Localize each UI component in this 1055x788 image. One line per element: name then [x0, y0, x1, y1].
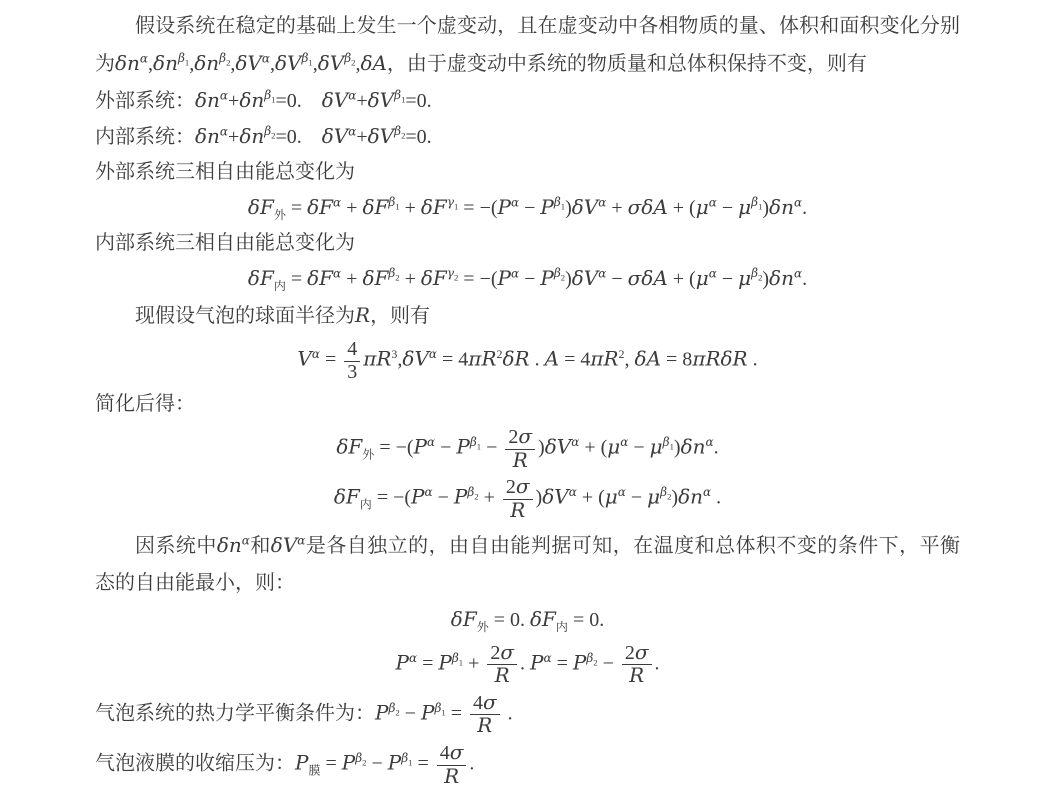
text-run: 外部系统：	[95, 90, 195, 112]
math-variable: μ	[650, 435, 663, 459]
subscript: 2	[593, 657, 597, 667]
math-variable: R	[510, 498, 525, 522]
math-variable: δV	[368, 124, 394, 148]
math-variable: R	[513, 448, 528, 472]
formula-line: δF内 = δFα + δFβ2 + δFγ2 = −(Pα − Pβ2)δVα…	[95, 261, 960, 297]
math-variable: P	[573, 650, 586, 674]
superscript: α	[409, 651, 417, 665]
math-variable: δF	[451, 607, 477, 631]
superscript: β1	[434, 701, 445, 715]
math-variable: P	[414, 435, 427, 459]
fraction-denominator: R	[503, 499, 533, 523]
subscript: 外	[362, 448, 374, 462]
math-variable: P	[421, 700, 434, 724]
math-variable: R	[495, 663, 510, 687]
superscript: β2	[388, 701, 399, 715]
fraction-numerator: 4σ	[437, 742, 467, 765]
math-variable: β	[178, 51, 185, 65]
math-variable: α	[511, 195, 519, 209]
math-variable: R	[629, 663, 644, 687]
superscript: α	[620, 435, 628, 449]
subscript: 外	[274, 208, 286, 222]
subscript: 1	[758, 202, 762, 212]
text-run	[302, 126, 322, 148]
superscript: α	[427, 435, 435, 449]
paragraph: 现假设气泡的球面半径为R，则有	[95, 297, 960, 335]
math-variable: δn	[678, 485, 703, 509]
math-variable: πR	[363, 347, 391, 371]
superscript: α	[333, 266, 341, 280]
superscript: β1	[301, 51, 312, 65]
text-run: 内	[274, 279, 286, 293]
text-run: 气泡系统的热力学平衡条件为：	[95, 702, 375, 724]
paragraph: 因系统中δnα和δVα是各自独立的，由自由能判据可知，在温度和总体积不变的条件下…	[95, 527, 960, 602]
subscript: 1	[459, 657, 463, 667]
subscript: 2	[271, 131, 275, 141]
superscript: β2	[344, 51, 355, 65]
math-variable: α	[312, 347, 320, 361]
math-variable: σ	[500, 640, 514, 664]
subscript: 2	[474, 492, 478, 502]
math-variable: α	[140, 51, 148, 65]
math-variable: β	[470, 435, 477, 449]
math-variable: σ	[635, 640, 649, 664]
math-variable: β	[554, 195, 561, 209]
math-variable: α	[333, 266, 341, 280]
superscript: α	[140, 51, 148, 65]
superscript: β2	[660, 485, 671, 499]
math-variable: β	[663, 435, 670, 449]
math-variable: P	[530, 650, 543, 674]
math-variable: α	[543, 651, 551, 665]
superscript: β1	[663, 435, 674, 449]
subscript: 1	[185, 58, 189, 68]
superscript: β1	[178, 51, 189, 65]
math-variable: α	[709, 195, 717, 209]
math-variable: P	[342, 751, 355, 775]
subscript: 内	[274, 279, 286, 293]
math-variable: α	[598, 266, 606, 280]
math-variable: α	[703, 485, 711, 499]
superscript: β1	[264, 88, 275, 102]
subscript: 1	[441, 707, 445, 717]
formula-line: δF外 = 0. δF内 = 0.	[95, 602, 960, 638]
superscript: α	[706, 435, 714, 449]
fraction: 2σR	[622, 642, 652, 688]
math-variable: δF	[421, 195, 447, 219]
math-variable: α	[348, 124, 356, 138]
math-variable: πR	[468, 347, 496, 371]
math-variable: α	[348, 88, 356, 102]
superscript: β1	[751, 195, 762, 209]
fraction-numerator: 4	[344, 339, 360, 361]
text-run: 外	[274, 208, 286, 222]
math-variable: α	[427, 435, 435, 449]
text-run: 现假设气泡的球面半径为	[135, 305, 355, 327]
math-variable: α	[571, 435, 579, 449]
superscript: γ1	[447, 195, 458, 209]
subscript: 膜	[308, 764, 320, 778]
math-variable: δn	[239, 124, 264, 148]
math-variable: δA	[635, 347, 661, 371]
subscript: 1	[308, 58, 312, 68]
superscript: α	[348, 124, 356, 138]
formula-line: Vα = 43πR3,δVα = 4πR2δR . A = 4πR2, δA =…	[95, 339, 960, 383]
math-variable: P	[411, 485, 424, 509]
math-variable: δV	[572, 195, 598, 219]
superscript: α	[511, 195, 519, 209]
superscript: α	[709, 195, 717, 209]
math-variable: δF	[248, 266, 274, 290]
subscript: 1	[395, 202, 399, 212]
superscript: α	[425, 485, 433, 499]
math-variable: P	[456, 435, 469, 459]
math-variable: δn	[217, 533, 242, 557]
math-variable: α	[794, 195, 802, 209]
subscript: 2	[362, 757, 366, 767]
math-variable: δV	[275, 51, 301, 75]
math-variable: δF	[362, 195, 388, 219]
text-run: ，由于虚变动中系统的物质量和总体积保持不变，则有	[387, 53, 867, 75]
superscript: α	[511, 266, 519, 280]
fraction: 2σR	[505, 426, 535, 472]
math-variable: δR	[503, 347, 530, 371]
superscript: β1	[554, 195, 565, 209]
math-variable: μ	[607, 435, 620, 459]
text-run: 外	[362, 448, 374, 462]
math-variable: P	[540, 266, 553, 290]
formula-line: δF外 = −(Pα − Pβ1 − 2σR)δVα + (μα − μβ1)δ…	[95, 426, 960, 472]
math-variable: α	[262, 51, 270, 65]
text-run: 内部系统三相自由能总变化为	[95, 232, 355, 254]
superscript: β2	[394, 124, 405, 138]
math-variable: δV	[271, 533, 297, 557]
superscript: α	[348, 88, 356, 102]
formula-line: δF内 = −(Pα − Pβ2 + 2σR)δVα + (μα − μβ2)δ…	[95, 476, 960, 522]
subscript: 2	[401, 131, 405, 141]
text-run: 和	[250, 535, 271, 557]
subscript: 内	[360, 498, 372, 512]
subscript: 1	[401, 95, 405, 105]
fraction: 4σR	[470, 692, 500, 738]
math-variable: α	[709, 266, 717, 280]
superscript: β2	[355, 751, 366, 765]
text-run: 外部系统三相自由能总变化为	[95, 161, 355, 183]
superscript: β2	[219, 51, 230, 65]
superscript: 3	[391, 347, 397, 361]
subscript: 1	[408, 757, 412, 767]
superscript: β2	[467, 485, 478, 499]
superscript: 2	[619, 347, 625, 361]
fraction-numerator: 2σ	[505, 426, 535, 449]
subscript: 2	[454, 273, 458, 283]
superscript: α	[571, 435, 579, 449]
math-variable: δV	[322, 124, 348, 148]
math-variable: δV	[402, 347, 428, 371]
math-variable: δV	[542, 485, 568, 509]
subscript: 1	[271, 95, 275, 105]
math-variable: σ	[518, 424, 532, 448]
math-variable: P	[295, 751, 308, 775]
text-run: 膜	[308, 764, 320, 778]
superscript: α	[598, 195, 606, 209]
subscript: 1	[670, 442, 674, 452]
math-variable: β	[554, 266, 561, 280]
text-line: 内部系统：δnα+δnβ2=0. δVα+δVβ2=0.	[95, 119, 960, 155]
superscript: α	[220, 88, 228, 102]
fraction: 2σR	[487, 642, 517, 688]
superscript: β2	[751, 266, 762, 280]
document-page: 假设系统在稳定的基础上发生一个虚变动，且在虚变动中各相物质的量、体积和面积变化分…	[0, 0, 1055, 788]
fraction-denominator: 3	[344, 361, 360, 384]
text-run: 内	[556, 620, 568, 634]
math-variable: γ	[447, 266, 454, 280]
formula-line: δF外 = δFα + δFβ1 + δFγ1 = −(Pα − Pβ1)δVα…	[95, 190, 960, 226]
math-variable: δn	[681, 435, 706, 459]
math-variable: δn	[153, 51, 178, 75]
math-variable: α	[511, 266, 519, 280]
math-variable: P	[375, 700, 388, 724]
superscript: α	[794, 266, 802, 280]
superscript: α	[794, 195, 802, 209]
text-line: 内部系统三相自由能总变化为	[95, 226, 960, 261]
superscript: γ2	[447, 266, 458, 280]
subscript: 2	[226, 58, 230, 68]
math-variable: δF	[421, 266, 447, 290]
math-variable: δV	[572, 266, 598, 290]
document-body: 假设系统在稳定的基础上发生一个虚变动，且在虚变动中各相物质的量、体积和面积变化分…	[95, 8, 960, 788]
text-line: 外部系统三相自由能总变化为	[95, 155, 960, 190]
text-run: 内部系统：	[95, 126, 195, 148]
math-variable: P	[454, 485, 467, 509]
math-variable: δn	[115, 51, 140, 75]
superscript: α	[312, 347, 320, 361]
fraction-denominator: R	[437, 765, 467, 788]
math-variable: δF	[307, 266, 333, 290]
subscript: 2	[395, 707, 399, 717]
fraction-numerator: 2σ	[487, 642, 517, 665]
math-variable: R	[477, 713, 492, 737]
superscript: β2	[264, 124, 275, 138]
math-variable: μ	[696, 266, 709, 290]
text-run	[302, 90, 322, 112]
fraction: 43	[344, 339, 360, 383]
superscript: α	[429, 347, 437, 361]
text-line: 气泡系统的热力学平衡条件为：Pβ2 − Pβ1 = 4σR .	[95, 692, 960, 738]
superscript: α	[703, 485, 711, 499]
superscript: α	[262, 51, 270, 65]
text-line: 外部系统：δnα+δnβ1=0. δVα+δVβ1=0.	[95, 83, 960, 119]
subscript: 2	[667, 492, 671, 502]
math-variable: α	[242, 533, 250, 547]
math-variable: δF	[336, 435, 362, 459]
text-run: ，则有	[370, 305, 430, 327]
math-variable: σδA	[628, 195, 668, 219]
text-run: 气泡液膜的收缩压为：	[95, 753, 295, 775]
math-variable: μ	[605, 485, 618, 509]
math-variable: R	[444, 764, 459, 788]
superscript: α	[333, 195, 341, 209]
fraction-numerator: 4σ	[470, 692, 500, 715]
math-variable: P	[498, 195, 511, 219]
math-variable: πRδR	[692, 347, 747, 371]
math-variable: δF	[362, 266, 388, 290]
math-variable: α	[569, 485, 577, 499]
math-variable: δV	[322, 88, 348, 112]
fraction-numerator: 2σ	[622, 642, 652, 665]
subscript: 2	[758, 273, 762, 283]
math-variable: δV	[318, 51, 344, 75]
text-run: 内	[360, 498, 372, 512]
fraction-denominator: R	[505, 449, 535, 473]
superscript: α	[220, 124, 228, 138]
math-variable: β	[452, 651, 459, 665]
math-variable: δF	[334, 485, 360, 509]
math-variable: δV	[368, 88, 394, 112]
math-variable: δn	[769, 266, 794, 290]
math-variable: P	[498, 266, 511, 290]
math-variable: μ	[696, 195, 709, 219]
math-variable: δn	[195, 124, 220, 148]
superscript: β1	[452, 651, 463, 665]
math-variable: σδA	[628, 266, 668, 290]
fraction: 4σR	[437, 742, 467, 788]
text-line: 简化后得：	[95, 387, 960, 422]
math-variable: α	[333, 195, 341, 209]
subscript: 1	[561, 202, 565, 212]
fraction-denominator: R	[487, 664, 517, 688]
math-variable: α	[409, 651, 417, 665]
math-variable: α	[794, 266, 802, 280]
math-variable: δF	[530, 607, 556, 631]
text-run: 简化后得：	[95, 393, 195, 415]
math-variable: δV	[545, 435, 571, 459]
superscript: α	[569, 485, 577, 499]
subscript: 内	[556, 620, 568, 634]
superscript: β2	[586, 651, 597, 665]
text-run: 外	[477, 620, 489, 634]
subscript: 2	[351, 58, 355, 68]
superscript: α	[709, 266, 717, 280]
math-variable: δn	[194, 51, 219, 75]
math-variable: δV	[235, 51, 261, 75]
subscript: 2	[395, 273, 399, 283]
text-line: 气泡液膜的收缩压为：P膜 = Pβ2 − Pβ1 = 4σR.	[95, 742, 960, 788]
subscript: 1	[454, 202, 458, 212]
math-variable: α	[429, 347, 437, 361]
math-variable: α	[618, 485, 626, 499]
math-variable: μ	[738, 266, 751, 290]
math-variable: σ	[483, 690, 497, 714]
fraction-denominator: R	[622, 664, 652, 688]
math-variable: P	[395, 650, 408, 674]
math-variable: δA	[360, 51, 386, 75]
superscript: α	[618, 485, 626, 499]
subscript: 1	[477, 442, 481, 452]
math-variable: V	[297, 347, 311, 371]
math-variable: δn	[239, 88, 264, 112]
text-run: 因系统中	[135, 535, 217, 557]
fraction-numerator: 2σ	[503, 476, 533, 499]
superscript: α	[242, 533, 250, 547]
fraction: 2σR	[503, 476, 533, 522]
math-variable: δn	[195, 88, 220, 112]
math-variable: δn	[769, 195, 794, 219]
math-variable: σ	[516, 474, 530, 498]
superscript: β1	[394, 88, 405, 102]
math-variable: δF	[248, 195, 274, 219]
formula-line: Pα = Pβ1 + 2σR. Pα = Pβ2 − 2σR.	[95, 642, 960, 688]
math-variable: δF	[307, 195, 333, 219]
math-variable: πR	[590, 347, 618, 371]
math-variable: α	[706, 435, 714, 449]
math-variable: α	[425, 485, 433, 499]
subscript: 外	[477, 620, 489, 634]
math-variable: σ	[450, 740, 464, 764]
math-variable: A	[545, 347, 559, 371]
superscript: α	[598, 266, 606, 280]
math-variable: α	[220, 124, 228, 138]
math-variable: μ	[738, 195, 751, 219]
math-variable: μ	[647, 485, 660, 509]
math-variable: α	[598, 195, 606, 209]
math-variable: P	[388, 751, 401, 775]
math-variable: α	[220, 88, 228, 102]
superscript: β1	[401, 751, 412, 765]
paragraph: 假设系统在稳定的基础上发生一个虚变动，且在虚变动中各相物质的量、体积和面积变化分…	[95, 8, 960, 83]
superscript: β2	[554, 266, 565, 280]
fraction-denominator: R	[470, 714, 500, 738]
math-variable: P	[540, 195, 553, 219]
subscript: 2	[561, 273, 565, 283]
superscript: β2	[388, 266, 399, 280]
superscript: α	[543, 651, 551, 665]
math-variable: R	[355, 303, 370, 327]
math-variable: P	[438, 650, 451, 674]
superscript: β1	[388, 195, 399, 209]
math-variable: α	[620, 435, 628, 449]
superscript: β1	[470, 435, 481, 449]
math-variable: γ	[447, 195, 454, 209]
